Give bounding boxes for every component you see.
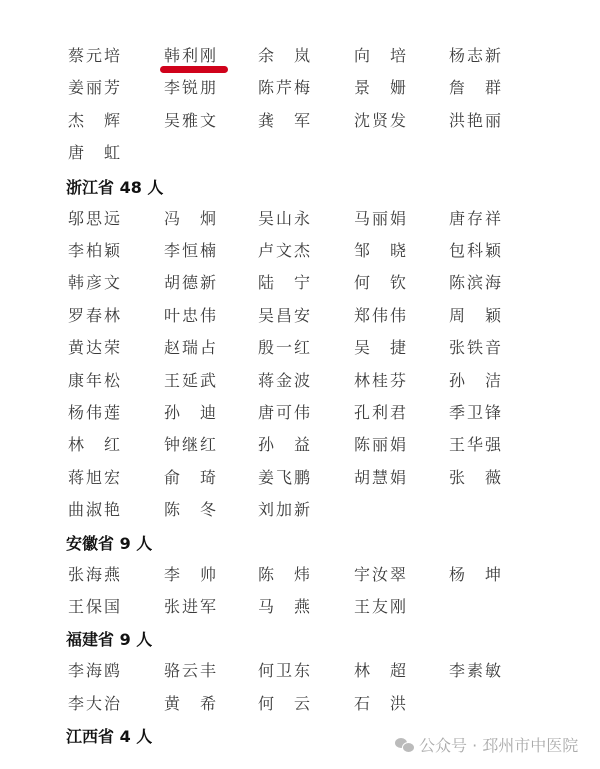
name-row: 曲淑艳陈 冬刘加新 bbox=[68, 496, 588, 524]
name-row: 蔡元培韩利刚余 岚向 培杨志新 bbox=[68, 42, 588, 70]
person-name: 景 姗 bbox=[354, 74, 434, 102]
person-name: 李锐朋 bbox=[164, 74, 244, 102]
person-name: 余 岚 bbox=[258, 42, 338, 70]
person-name: 邹 晓 bbox=[354, 237, 434, 265]
person-name: 杰 辉 bbox=[68, 107, 148, 135]
name-row: 杨伟莲孙 迪唐可伟孔利君季卫锋 bbox=[68, 399, 588, 427]
name-row: 姜丽芳李锐朋陈芹梅景 姗詹 群 bbox=[68, 74, 588, 102]
person-name: 黄达荣 bbox=[68, 334, 148, 362]
watermark: 公众号 · 邳州市中医院 bbox=[395, 733, 578, 756]
person-name: 向 培 bbox=[354, 42, 434, 70]
name-row: 唐 虹 bbox=[68, 139, 588, 167]
person-name: 殷一红 bbox=[258, 334, 338, 362]
name-row: 李柏颖李恒楠卢文杰邹 晓包科颖 bbox=[68, 237, 588, 265]
wechat-icon bbox=[395, 738, 413, 752]
province-heading: 浙江省 48 人 bbox=[66, 174, 163, 202]
person-name: 胡慧娟 bbox=[354, 464, 434, 492]
person-name: 罗春林 bbox=[68, 302, 148, 330]
person-name: 陈丽娟 bbox=[354, 431, 434, 459]
person-name: 林 红 bbox=[68, 431, 148, 459]
watermark-text: 公众号 · 邳州市中医院 bbox=[419, 736, 578, 755]
person-name: 骆云丰 bbox=[164, 657, 244, 685]
name-row: 黄达荣赵瑞占殷一红吴 捷张铁音 bbox=[68, 334, 588, 362]
person-name: 李素敏 bbox=[449, 657, 529, 685]
province-heading: 江西省 4 人 bbox=[66, 723, 152, 751]
person-name: 赵瑞占 bbox=[164, 334, 244, 362]
person-name: 杨 坤 bbox=[449, 561, 529, 589]
person-name: 唐可伟 bbox=[258, 399, 338, 427]
person-name: 洪艳丽 bbox=[449, 107, 529, 135]
person-name: 陈 炜 bbox=[258, 561, 338, 589]
person-name: 张铁音 bbox=[449, 334, 529, 362]
person-name: 俞 琦 bbox=[164, 464, 244, 492]
person-name: 李柏颖 bbox=[68, 237, 148, 265]
person-name: 陈滨海 bbox=[449, 269, 529, 297]
person-name: 吴昌安 bbox=[258, 302, 338, 330]
person-name: 李恒楠 bbox=[164, 237, 244, 265]
name-row: 张海燕李 帅陈 炜宇汝翠杨 坤 bbox=[68, 561, 588, 589]
person-name: 姜飞鹏 bbox=[258, 464, 338, 492]
person-name: 姜丽芳 bbox=[68, 74, 148, 102]
person-name: 冯 炯 bbox=[164, 205, 244, 233]
person-name: 杨志新 bbox=[449, 42, 529, 70]
person-name: 蒋金波 bbox=[258, 367, 338, 395]
person-name: 何 云 bbox=[258, 690, 338, 718]
person-name: 林 超 bbox=[354, 657, 434, 685]
person-name: 李海鸥 bbox=[68, 657, 148, 685]
person-name: 郑伟伟 bbox=[354, 302, 434, 330]
person-name: 何 钦 bbox=[354, 269, 434, 297]
name-row: 康年松王延武蒋金波林桂芬孙 洁 bbox=[68, 367, 588, 395]
person-name: 马丽娟 bbox=[354, 205, 434, 233]
person-name: 韩彦文 bbox=[68, 269, 148, 297]
person-name: 李大治 bbox=[68, 690, 148, 718]
person-name: 王延武 bbox=[164, 367, 244, 395]
name-row: 邬思远冯 炯吴山永马丽娟唐存祥 bbox=[68, 205, 588, 233]
person-name: 吴雅文 bbox=[164, 107, 244, 135]
person-name: 石 洪 bbox=[354, 690, 434, 718]
person-name: 钟继红 bbox=[164, 431, 244, 459]
name-row: 林 红钟继红孙 益陈丽娟王华强 bbox=[68, 431, 588, 459]
name-row: 罗春林叶忠伟吴昌安郑伟伟周 颖 bbox=[68, 302, 588, 330]
red-highlight-underline bbox=[160, 66, 228, 73]
name-row: 杰 辉吴雅文龚 军沈贤发洪艳丽 bbox=[68, 107, 588, 135]
name-row: 李海鸥骆云丰何卫东林 超李素敏 bbox=[68, 657, 588, 685]
province-heading: 安徽省 9 人 bbox=[66, 530, 152, 558]
person-name: 吴 捷 bbox=[354, 334, 434, 362]
person-name: 林桂芬 bbox=[354, 367, 434, 395]
person-name: 黄 希 bbox=[164, 690, 244, 718]
person-name: 王友刚 bbox=[354, 593, 434, 621]
person-name: 蔡元培 bbox=[68, 42, 148, 70]
person-name: 马 燕 bbox=[258, 593, 338, 621]
person-name: 胡德新 bbox=[164, 269, 244, 297]
name-row: 王保国张进军马 燕王友刚 bbox=[68, 593, 588, 621]
person-name: 杨伟莲 bbox=[68, 399, 148, 427]
person-name: 蒋旭宏 bbox=[68, 464, 148, 492]
person-name: 王华强 bbox=[449, 431, 529, 459]
person-name: 沈贤发 bbox=[354, 107, 434, 135]
name-row: 李大治黄 希何 云石 洪 bbox=[68, 690, 588, 718]
person-name: 唐存祥 bbox=[449, 205, 529, 233]
person-name: 何卫东 bbox=[258, 657, 338, 685]
person-name: 陈 冬 bbox=[164, 496, 244, 524]
person-name: 康年松 bbox=[68, 367, 148, 395]
person-name: 孔利君 bbox=[354, 399, 434, 427]
person-name: 张 薇 bbox=[449, 464, 529, 492]
person-name: 孙 益 bbox=[258, 431, 338, 459]
person-name: 陆 宁 bbox=[258, 269, 338, 297]
person-name: 吴山永 bbox=[258, 205, 338, 233]
person-name: 卢文杰 bbox=[258, 237, 338, 265]
name-row: 韩彦文胡德新陆 宁何 钦陈滨海 bbox=[68, 269, 588, 297]
person-name: 刘加新 bbox=[258, 496, 338, 524]
person-name: 季卫锋 bbox=[449, 399, 529, 427]
person-name: 周 颖 bbox=[449, 302, 529, 330]
person-name: 孙 迪 bbox=[164, 399, 244, 427]
person-name: 邬思远 bbox=[68, 205, 148, 233]
person-name: 王保国 bbox=[68, 593, 148, 621]
person-name: 张海燕 bbox=[68, 561, 148, 589]
person-name: 包科颖 bbox=[449, 237, 529, 265]
name-row: 蒋旭宏俞 琦姜飞鹏胡慧娟张 薇 bbox=[68, 464, 588, 492]
person-name: 陈芹梅 bbox=[258, 74, 338, 102]
person-name: 孙 洁 bbox=[449, 367, 529, 395]
province-heading: 福建省 9 人 bbox=[66, 626, 152, 654]
person-name: 叶忠伟 bbox=[164, 302, 244, 330]
person-name: 李 帅 bbox=[164, 561, 244, 589]
person-name: 张进军 bbox=[164, 593, 244, 621]
person-name: 龚 军 bbox=[258, 107, 338, 135]
person-name: 宇汝翠 bbox=[354, 561, 434, 589]
person-name: 唐 虹 bbox=[68, 139, 148, 167]
person-name: 曲淑艳 bbox=[68, 496, 148, 524]
person-name: 詹 群 bbox=[449, 74, 529, 102]
